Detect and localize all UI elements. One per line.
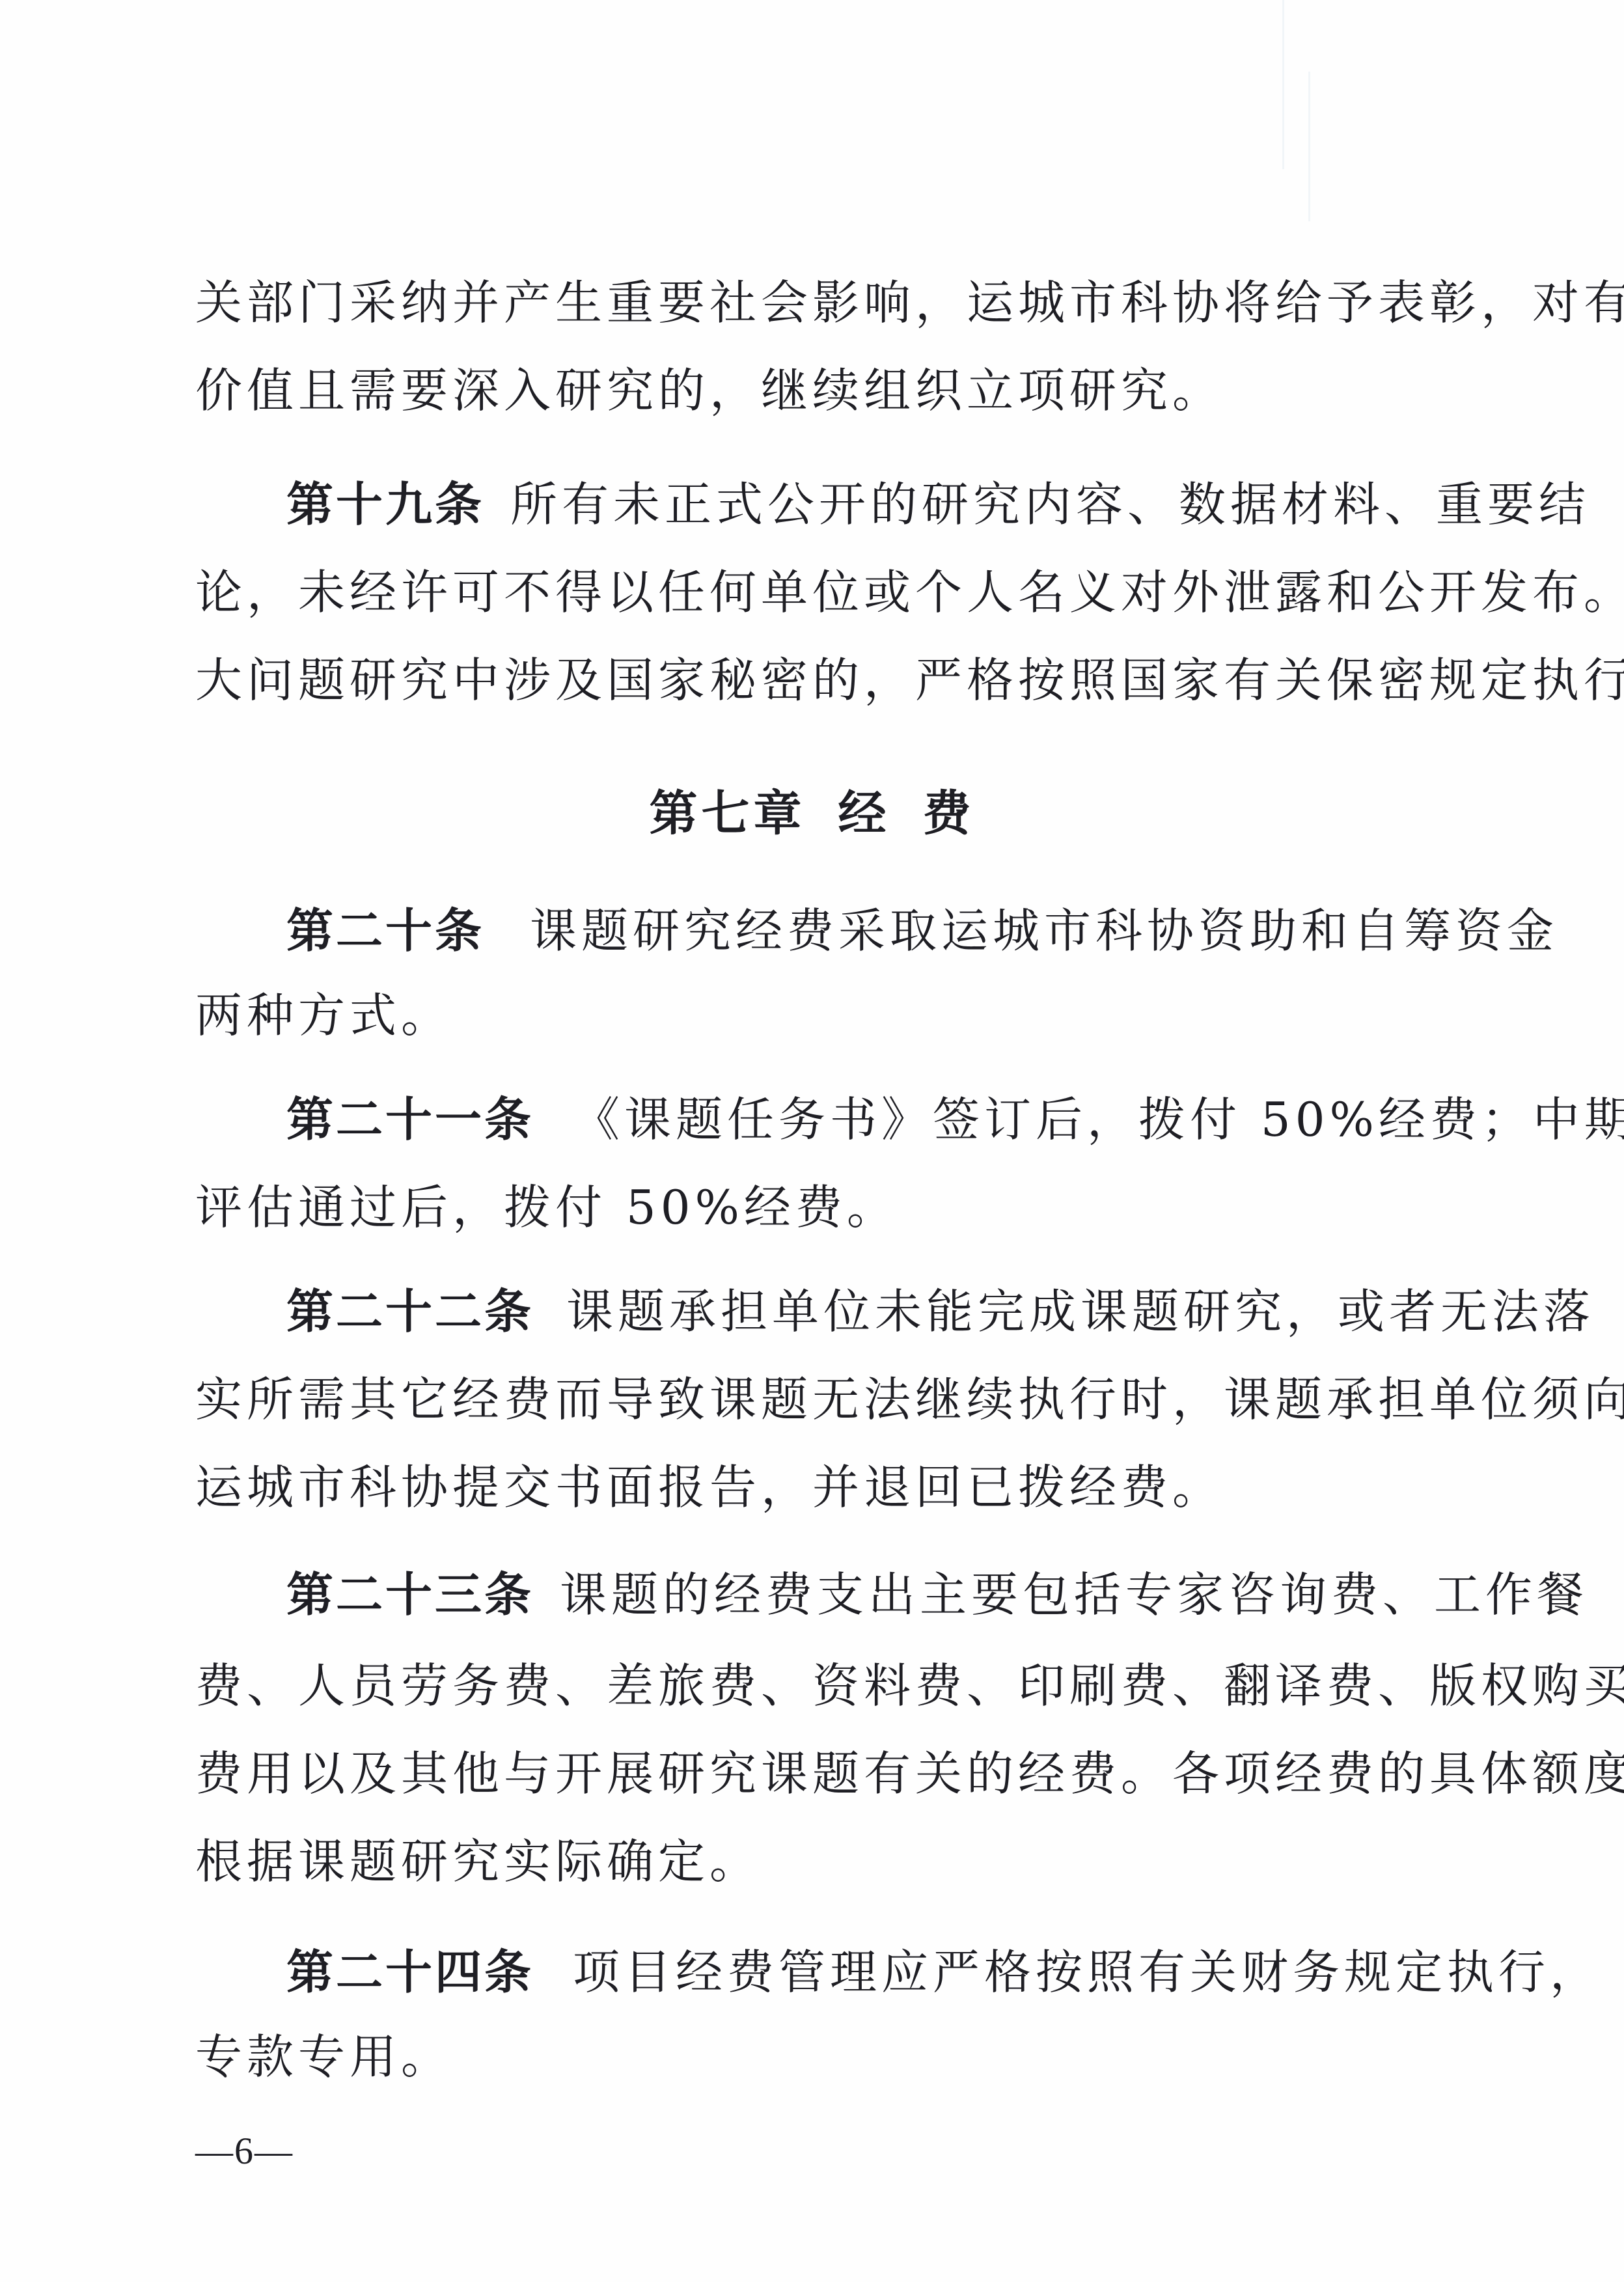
article-22-number: 第二十二条 [286, 1284, 534, 1339]
article-22-line-2: 实所需其它经费而导致课题无法继续执行时，课题承担单位须向 [195, 1364, 1438, 1435]
article-24-first-line: 第二十四条项目经费管理应严格按照有关财务规定执行， [286, 1936, 1438, 2008]
chapter-title-part-2: 费 [923, 786, 975, 842]
chapter-heading: 第七章经费 [0, 778, 1624, 849]
article-20-line-2: 两种方式。 [195, 980, 1438, 1051]
article-21-line-2: 评估通过后，拨付 50%经费。 [195, 1172, 1438, 1243]
article-24-line-2: 专款专用。 [195, 2021, 1438, 2093]
article-21-first-line: 第二十一条《课题任务书》签订后，拨付 50%经费；中期 [286, 1084, 1438, 1155]
article-21-number: 第二十一条 [286, 1092, 534, 1147]
article-23-line-4: 根据课题研究实际确定。 [195, 1826, 1438, 1897]
article-24-text: 项目经费管理应严格按照有关财务规定执行， [573, 1945, 1601, 2000]
article-23-line-2: 费、人员劳务费、差旅费、资料费、印刷费、翻译费、版权购买 [195, 1650, 1438, 1722]
article-21-text: 《课题任务书》签订后，拨付 50%经费；中期 [573, 1092, 1624, 1147]
article-22-line-3: 运城市科协提交书面报告，并退回已拨经费。 [195, 1451, 1438, 1523]
article-19-first-line: 第十九条所有未正式公开的研究内容、数据材料、重要结 [286, 469, 1438, 540]
article-20-text: 课题研究经费采取运城市科协资助和自筹资金 [530, 903, 1558, 958]
article-23-line-3: 费用以及其他与开展研究课题有关的经费。各项经费的具体额度 [195, 1738, 1438, 1809]
article-23-first-line: 第二十三条课题的经费支出主要包括专家咨询费、工作餐 [286, 1559, 1438, 1630]
article-23-number: 第二十三条 [286, 1567, 534, 1622]
scan-artifact [1308, 72, 1310, 221]
article-24-number: 第二十四条 [286, 1945, 534, 2000]
scan-artifact [1282, 0, 1284, 169]
article-22-text: 课题承担单位未能完成课题研究，或者无法落 [566, 1284, 1595, 1339]
article-22-first-line: 第二十二条课题承担单位未能完成课题研究，或者无法落 [286, 1276, 1438, 1347]
article-19-line-2: 论，未经许可不得以任何单位或个人名义对外泄露和公开发布。重 [195, 557, 1438, 628]
continuation-line-2: 价值且需要深入研究的，继续组织立项研究。 [195, 355, 1438, 426]
continuation-line-1: 关部门采纳并产生重要社会影响，运城市科协将给予表彰，对有 [195, 267, 1438, 338]
article-19-line-3: 大问题研究中涉及国家秘密的，严格按照国家有关保密规定执行。 [195, 644, 1438, 716]
document-page: 关部门采纳并产生重要社会影响，运城市科协将给予表彰，对有 价值且需要深入研究的，… [0, 0, 1624, 2282]
article-19-text: 所有未正式公开的研究内容、数据材料、重要结 [510, 477, 1590, 532]
page-number: —6— [195, 2128, 294, 2174]
article-23-text: 课题的经费支出主要包括专家咨询费、工作餐 [560, 1567, 1588, 1622]
article-20-number: 第二十条 [286, 903, 484, 958]
chapter-number: 第七章 [650, 786, 806, 842]
article-19-number: 第十九条 [286, 477, 484, 532]
chapter-title-part-1: 经 [838, 786, 890, 842]
article-20-first-line: 第二十条课题研究经费采取运城市科协资助和自筹资金 [286, 895, 1438, 967]
